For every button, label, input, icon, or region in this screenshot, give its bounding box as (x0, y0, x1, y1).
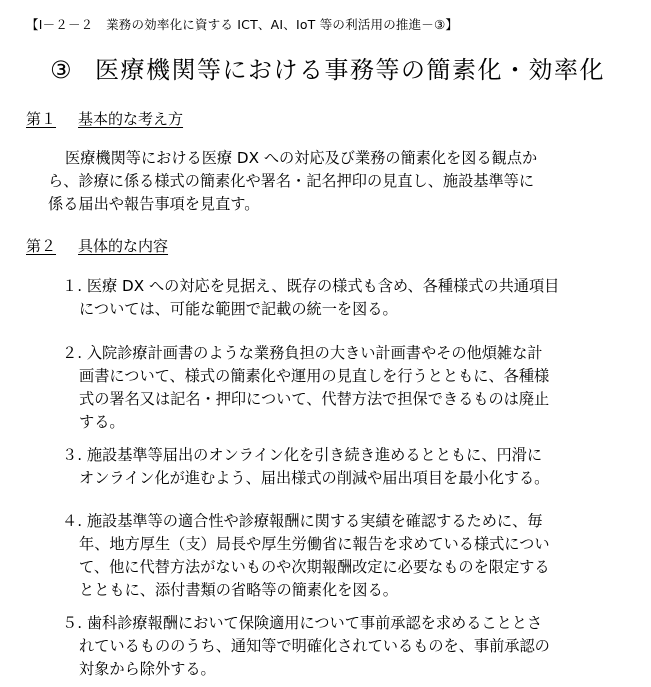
item-line: ５. 歯科診療報酬において保険適用について事前承認を求めることとさ (62, 612, 634, 635)
section-2-heading: 第２具体的な内容 (26, 235, 168, 256)
list-item-5: ５. 歯科診療報酬において保険適用について事前承認を求めることとさ れているもの… (62, 612, 634, 681)
section-title: 具体的な内容 (78, 237, 168, 255)
body-line: 医療機関等における医療 DX への対応及び業務の簡素化を図る観点か (48, 147, 633, 170)
title-text: 医療機関等における事務等の簡素化・効率化 (95, 56, 605, 84)
document-tag-line: 【Ⅰ－２－２ 業務の効率化に資する ICT、AI、IoT 等の利活用の推進－③】 (26, 15, 458, 33)
item-line: 式の署名又は記名・押印について、代替方法で担保できるものは廃止 (62, 388, 634, 411)
item-line: １. 医療 DX への対応を見据え、既存の様式も含め、各種様式の共通項目 (62, 275, 634, 298)
item-line: 対象から除外する。 (62, 658, 634, 681)
item-line: オンライン化が進むよう、届出様式の削減や届出項目を最小化する。 (62, 467, 634, 490)
item-line: ３. 施設基準等届出のオンライン化を引き続き進めるとともに、円滑に (62, 444, 634, 467)
list-item-1: １. 医療 DX への対応を見据え、既存の様式も含め、各種様式の共通項目 につい… (62, 275, 634, 321)
section-title: 基本的な考え方 (78, 110, 183, 128)
section-1-heading: 第１基本的な考え方 (26, 108, 183, 129)
document-title: ③医療機関等における事務等の簡素化・効率化 (50, 50, 605, 85)
item-line: て、他に代替方法がないものや次期報酬改定に必要なものを限定する (62, 556, 634, 579)
item-line: 年、地方厚生（支）局長や厚生労働省に報告を求めている様式につい (62, 533, 634, 556)
title-number: ③ (50, 56, 73, 84)
list-item-4: ４. 施設基準等の適合性や診療報酬に関する実績を確認するために、毎 年、地方厚生… (62, 510, 634, 602)
item-line: ２. 入院診療計画書のような業務負担の大きい計画書やその他煩雑な計 (62, 342, 634, 365)
item-line: 画書について、様式の簡素化や運用の見直しを行うとともに、各種様 (62, 365, 634, 388)
item-line: する。 (62, 411, 634, 434)
item-line: ４. 施設基準等の適合性や診療報酬に関する実績を確認するために、毎 (62, 510, 634, 533)
item-line: については、可能な範囲で記載の統一を図る。 (62, 298, 634, 321)
list-item-3: ３. 施設基準等届出のオンライン化を引き続き進めるとともに、円滑に オンライン化… (62, 444, 634, 490)
section-1-body: 医療機関等における医療 DX への対応及び業務の簡素化を図る観点か ら、診療に係… (48, 147, 633, 216)
list-item-2: ２. 入院診療計画書のような業務負担の大きい計画書やその他煩雑な計 画書について… (62, 342, 634, 434)
section-number: 第２ (26, 237, 56, 255)
item-line: とともに、添付書類の省略等の簡素化を図る。 (62, 579, 634, 602)
body-line: ら、診療に係る様式の簡素化や署名・記名押印の見直し、施設基準等に (31, 170, 633, 193)
section-number: 第１ (26, 110, 56, 128)
body-line: 係る届出や報告事項を見直す。 (31, 193, 633, 216)
item-line: れているもののうち、通知等で明確化されているものを、事前承認の (62, 635, 634, 658)
